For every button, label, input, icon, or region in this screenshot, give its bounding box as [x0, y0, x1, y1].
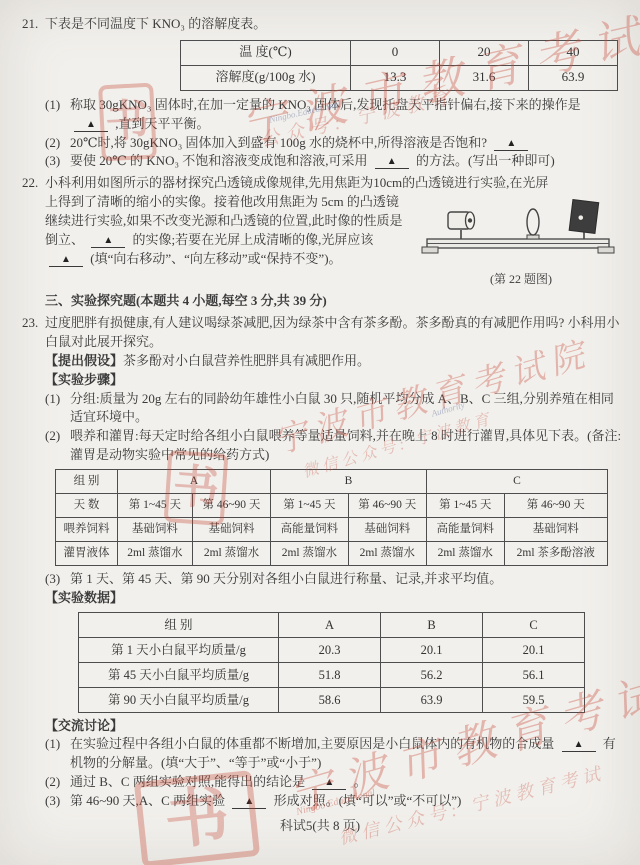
- part-text: 20℃时,将 30gKNO₃ 固体加入到盛有 100g 水的烧杯中,所得溶液是否…: [70, 135, 532, 150]
- table-cell: 20: [440, 40, 529, 65]
- table-cell: 天 数: [56, 493, 118, 517]
- part-number: (1): [45, 390, 60, 409]
- table-cell: 高能量饲料: [271, 517, 349, 541]
- question-23-number: 23.: [22, 314, 38, 333]
- figure-caption: (第 22 题图): [420, 271, 622, 288]
- table-cell: 温 度(℃): [181, 40, 351, 65]
- question-22-text-line1: 小科利用如图所示的器材探究凸透镜成像规律,先用焦距为10cm的凸透镜进行实验,在…: [45, 174, 622, 193]
- question-21-number: 21.: [22, 15, 38, 34]
- table-cell: 第 46~90 天: [504, 493, 607, 517]
- question-21-stem: 下表是不同温度下 KNO₃ 的溶解度表。: [45, 15, 622, 34]
- table-cell: 51.8: [279, 662, 381, 687]
- table-cell: 高能量饲料: [426, 517, 504, 541]
- part-text: 喂养和灌胃:每天定时给各组小白鼠喂养等量适量饲料,并在晚上 8 时进行灌胃,具体…: [70, 428, 621, 462]
- table-cell: 40: [529, 40, 618, 65]
- table-cell: 56.1: [483, 662, 585, 687]
- table-cell: 2ml 蒸馏水: [348, 541, 426, 565]
- table-cell: 灌胃液体: [56, 541, 118, 565]
- table-row: 第 45 天小白鼠平均质量/g 51.8 56.2 56.1: [79, 662, 585, 687]
- experiment-data-label: 【实验数据】: [45, 589, 622, 608]
- part-number: (3): [45, 792, 60, 811]
- table-cell: A: [118, 469, 271, 493]
- discussion-2: (2) 通过 B、C 两组实验对照,能得出的结论是 ▲ 。: [45, 773, 622, 792]
- steps-label: 【实验步骤】: [45, 371, 622, 390]
- part-number: (3): [45, 152, 60, 171]
- table-cell: 第 1~45 天: [118, 493, 193, 517]
- hypothesis-line: 【提出假设】茶多酚对小白鼠营养性肥胖具有减肥作用。: [45, 352, 622, 371]
- discussion-label: 【交流讨论】: [45, 717, 622, 736]
- feeding-plan-table: 组 别 A B C 天 数 第 1~45 天 第 46~90 天 第 1~45 …: [55, 469, 608, 566]
- part-text: 通过 B、C 两组实验对照,能得出的结论是 ▲ 。: [70, 774, 367, 789]
- table-cell: 59.5: [483, 687, 585, 712]
- section-3-title: 三、实验探究题(本题共 4 小题,每空 3 分,共 39 分): [22, 292, 622, 311]
- answer-blank: ▲: [562, 739, 596, 752]
- table-cell: 31.6: [440, 65, 529, 90]
- table-cell: 基础饲料: [192, 517, 270, 541]
- table-row: 灌胃液体 2ml 蒸馏水 2ml 蒸馏水 2ml 蒸馏水 2ml 蒸馏水 2ml…: [56, 541, 608, 565]
- table-cell: 0: [351, 40, 440, 65]
- discussion-3: (3) 第 46~90 天,A、C 两组实验 ▲ 形成对照。(填“可以”或“不可…: [45, 792, 622, 811]
- table-cell: 20.1: [483, 637, 585, 662]
- step-2: (2) 喂养和灌胃:每天定时给各组小白鼠喂养等量适量饲料,并在晚上 8 时进行灌…: [45, 427, 622, 465]
- table-cell: C: [426, 469, 607, 493]
- table-cell: C: [483, 612, 585, 637]
- table-cell: 第 90 天小白鼠平均质量/g: [79, 687, 279, 712]
- table-cell: 组 别: [79, 612, 279, 637]
- table-cell: 2ml 蒸馏水: [118, 541, 193, 565]
- table-cell: 第 1 天小白鼠平均质量/g: [79, 637, 279, 662]
- answer-blank: ▲: [375, 156, 409, 169]
- table-row: 第 90 天小白鼠平均质量/g 58.6 63.9 59.5: [79, 687, 585, 712]
- table-row: 溶解度(g/100g 水) 13.3 31.6 63.9: [181, 65, 618, 90]
- answer-blank: ▲: [232, 796, 266, 809]
- table-cell: 第 46~90 天: [192, 493, 270, 517]
- optical-bench-figure: (第 22 题图): [420, 193, 622, 288]
- part-text: 第 46~90 天,A、C 两组实验 ▲ 形成对照。(填“可以”或“不可以”): [70, 793, 461, 808]
- question-21: 21. 下表是不同温度下 KNO₃ 的溶解度表。 温 度(℃) 0 20 40 …: [22, 15, 622, 171]
- table-cell: 第 1~45 天: [271, 493, 349, 517]
- question-21-part-2: (2) 20℃时,将 30gKNO₃ 固体加入到盛有 100g 水的烧杯中,所得…: [45, 134, 622, 153]
- table-cell: 第 46~90 天: [348, 493, 426, 517]
- table-cell: 2ml 蒸馏水: [271, 541, 349, 565]
- hypothesis-label: 【提出假设】: [45, 353, 123, 368]
- part-number: (2): [45, 427, 60, 446]
- table-cell: A: [279, 612, 381, 637]
- part-number: (1): [45, 96, 60, 115]
- table-cell: 2ml 茶多酚溶液: [504, 541, 607, 565]
- table-row: 组 别 A B C: [79, 612, 585, 637]
- table-cell: 58.6: [279, 687, 381, 712]
- table-cell: 第 45 天小白鼠平均质量/g: [79, 662, 279, 687]
- table-cell: 组 别: [56, 469, 118, 493]
- part-number: (1): [45, 735, 60, 754]
- table-cell: 20.1: [381, 637, 483, 662]
- table-cell: 2ml 蒸馏水: [426, 541, 504, 565]
- table-cell: B: [271, 469, 427, 493]
- part-text: 称取 30gKNO₃ 固体时,在加一定量的 KNO₃ 固体后,发现托盘天平指针偏…: [70, 97, 581, 131]
- table-cell: 基础饲料: [118, 517, 193, 541]
- exam-paper-page: 21. 下表是不同温度下 KNO₃ 的溶解度表。 温 度(℃) 0 20 40 …: [0, 0, 640, 865]
- question-23-stem: 过度肥胖有损健康,有人建议喝绿茶减肥,因为绿茶中含有茶多酚。茶多酚真的有减肥作用…: [45, 314, 622, 352]
- answer-blank: ▲: [74, 119, 108, 132]
- solubility-table: 温 度(℃) 0 20 40 溶解度(g/100g 水) 13.3 31.6 6…: [180, 40, 618, 91]
- answer-blank: ▲: [49, 254, 83, 267]
- table-cell: 喂养饲料: [56, 517, 118, 541]
- table-cell: 2ml 蒸馏水: [192, 541, 270, 565]
- table-cell: B: [381, 612, 483, 637]
- question-22: 22. 小科利用如图所示的器材探究凸透镜成像规律,先用焦距为10cm的凸透镜进行…: [22, 174, 622, 288]
- step-3: (3) 第 1 天、第 45 天、第 90 天分别对各组小白鼠进行称量、记录,并…: [45, 570, 622, 589]
- table-cell: 13.3: [351, 65, 440, 90]
- table-row: 天 数 第 1~45 天 第 46~90 天 第 1~45 天 第 46~90 …: [56, 493, 608, 517]
- answer-blank: ▲: [91, 235, 125, 248]
- part-number: (2): [45, 773, 60, 792]
- part-text: 分组:质量为 20g 左右的同龄幼年雄性小白鼠 30 只,随机平均分成 A、B、…: [70, 391, 614, 425]
- results-table: 组 别 A B C 第 1 天小白鼠平均质量/g 20.3 20.1 20.1 …: [78, 612, 585, 713]
- step-1: (1) 分组:质量为 20g 左右的同龄幼年雄性小白鼠 30 只,随机平均分成 …: [45, 390, 622, 428]
- table-row: 组 别 A B C: [56, 469, 608, 493]
- table-row: 第 1 天小白鼠平均质量/g 20.3 20.1 20.1: [79, 637, 585, 662]
- optical-bench-icon: [421, 197, 621, 263]
- table-cell: 56.2: [381, 662, 483, 687]
- part-text: 第 1 天、第 45 天、第 90 天分别对各组小白鼠进行称量、记录,并求平均值…: [70, 571, 502, 586]
- question-22-text: 上得到了清晰的缩小的实像。接着他改用焦距为 5cm 的凸透镜继续进行实验,如果不…: [45, 193, 410, 288]
- answer-blank: ▲: [494, 138, 528, 151]
- hypothesis-text: 茶多酚对小白鼠营养性肥胖具有减肥作用。: [123, 353, 370, 368]
- part-text: 要使 20℃ 的 KNO₃ 不饱和溶液变成饱和溶液,可采用 ▲ 的方法。(写出一…: [70, 153, 555, 168]
- table-cell: 63.9: [381, 687, 483, 712]
- table-cell: 20.3: [279, 637, 381, 662]
- table-row: 温 度(℃) 0 20 40: [181, 40, 618, 65]
- part-text: 在实验过程中各组小白鼠的体重都不断增加,主要原因是小白鼠体内的有机物的合成量 ▲…: [70, 736, 616, 770]
- table-cell: 基础饲料: [348, 517, 426, 541]
- table-cell: 63.9: [529, 65, 618, 90]
- discussion-1: (1) 在实验过程中各组小白鼠的体重都不断增加,主要原因是小白鼠体内的有机物的合…: [45, 735, 622, 773]
- table-cell: 溶解度(g/100g 水): [181, 65, 351, 90]
- paper-content: 21. 下表是不同温度下 KNO₃ 的溶解度表。 温 度(℃) 0 20 40 …: [0, 0, 640, 811]
- table-cell: 第 1~45 天: [426, 493, 504, 517]
- page-footer: 科试5(共 8 页): [0, 817, 640, 836]
- table-row: 喂养饲料 基础饲料 基础饲料 高能量饲料 基础饲料 高能量饲料 基础饲料: [56, 517, 608, 541]
- question-21-part-3: (3) 要使 20℃ 的 KNO₃ 不饱和溶液变成饱和溶液,可采用 ▲ 的方法。…: [45, 152, 622, 171]
- question-22-number: 22.: [22, 174, 38, 193]
- question-23: 23. 过度肥胖有损健康,有人建议喝绿茶减肥,因为绿茶中含有茶多酚。茶多酚真的有…: [22, 314, 622, 811]
- part-number: (3): [45, 570, 60, 589]
- table-cell: 基础饲料: [504, 517, 607, 541]
- answer-blank: ▲: [312, 777, 346, 790]
- question-21-part-1: (1) 称取 30gKNO₃ 固体时,在加一定量的 KNO₃ 固体后,发现托盘天…: [45, 96, 622, 134]
- part-number: (2): [45, 134, 60, 153]
